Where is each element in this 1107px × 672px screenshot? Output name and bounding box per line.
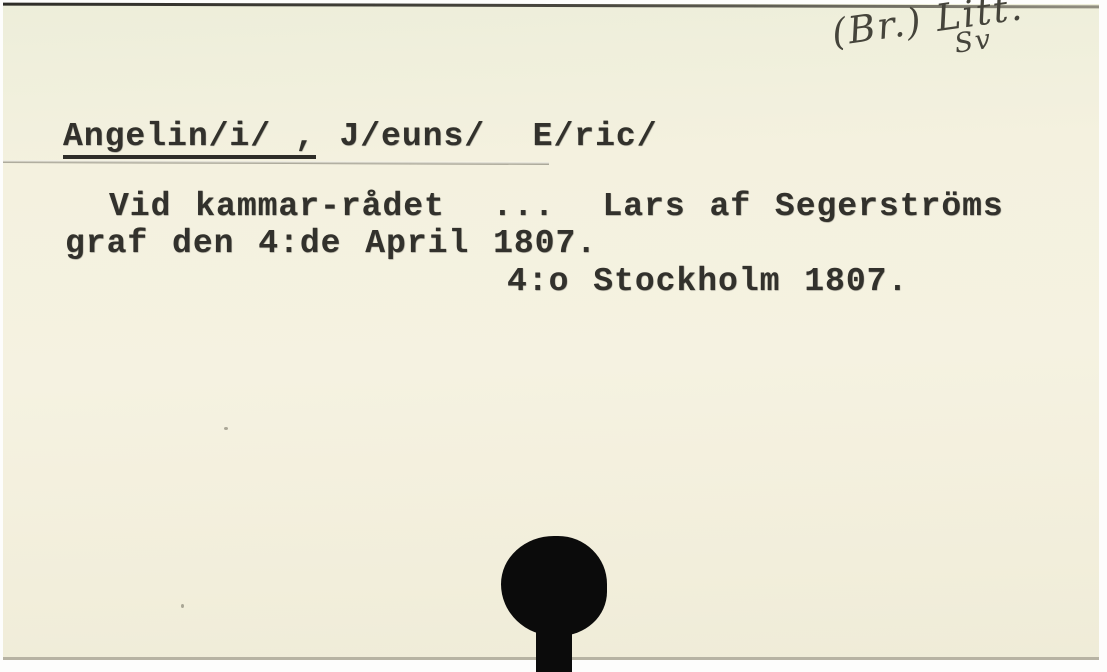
ink-speck — [224, 427, 228, 430]
body-line-2: graf den 4:de April 1807. — [65, 227, 597, 260]
scan-background-edge — [1098, 7, 1107, 658]
catalog-card-scan: (Br.) Litt. Sv Angelin/i/ , J/euns/ E/ri… — [0, 0, 1107, 672]
heading-underlined-name: Angelin/i/ , — [63, 120, 316, 159]
body-line-1: Vid kammar-rådet ... Lars af Segerströms — [109, 190, 1004, 223]
hole-punch-stem — [536, 616, 572, 672]
heading-rest: J/euns/ E/ric/ — [316, 118, 658, 155]
horizontal-rule — [3, 160, 549, 165]
ink-speck — [181, 604, 184, 608]
body-line-3: 4:o Stockholm 1807. — [507, 265, 908, 298]
handwritten-annotation: (Br.) Litt. Sv — [829, 0, 1029, 76]
card-heading: Angelin/i/ , J/euns/ E/ric/ — [63, 120, 658, 159]
